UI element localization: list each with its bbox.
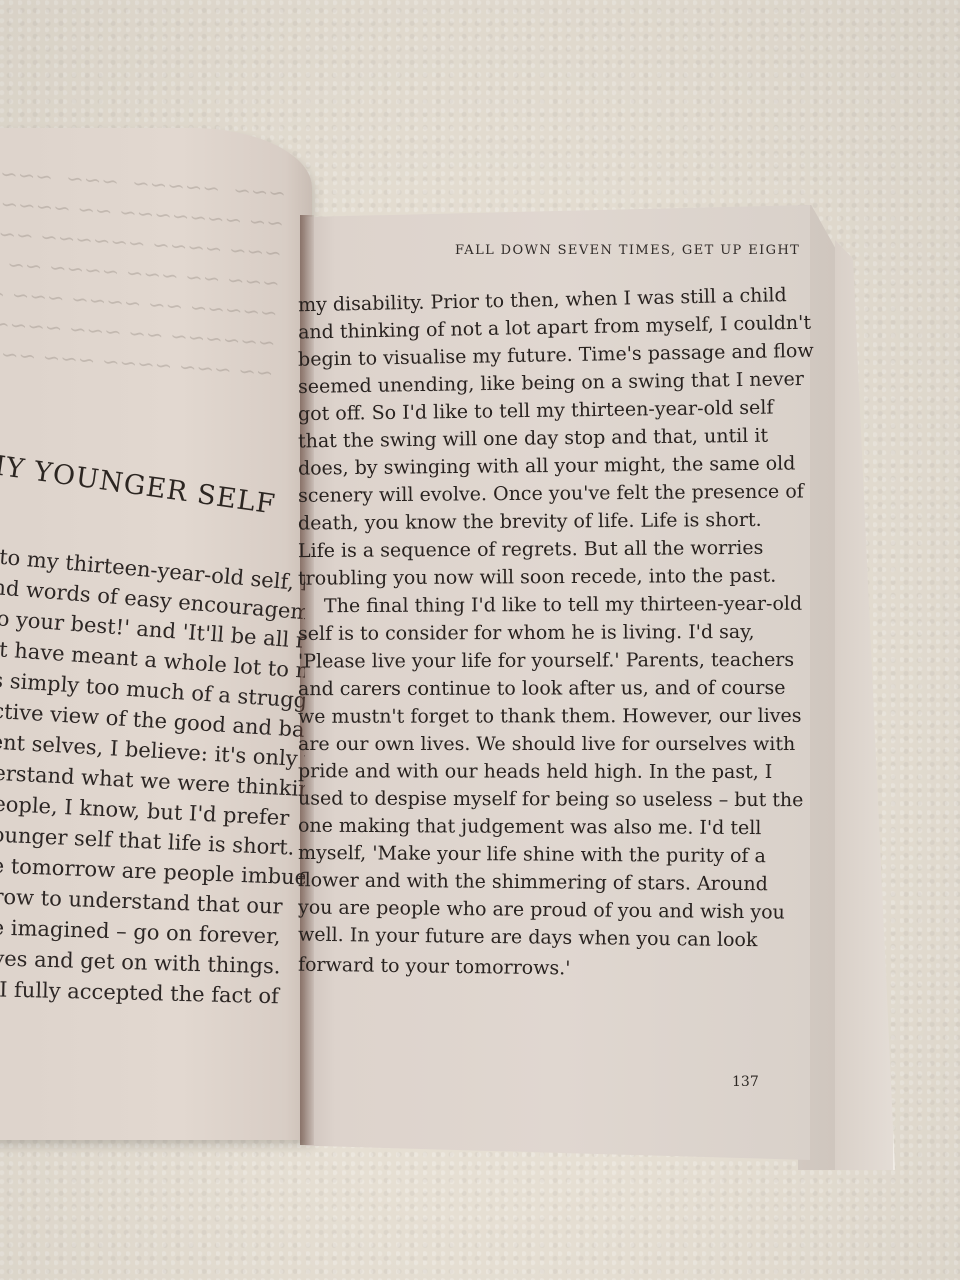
text-line: The final thing I'd like to tell my thir… [298,590,742,620]
text-line: used to despise myself for being so usel… [298,784,742,814]
text-line: myself, 'Make your life shine with the p… [298,839,742,870]
page-number: 137 [732,1074,759,1090]
text-line: well. In your future are days when you c… [298,921,742,954]
text-line: e I fully accepted the fact of [0,974,290,1013]
running-head: FALL DOWN SEVEN TIMES, GET UP EIGHT [455,243,800,258]
text-line: troubling you now will soon recede, into… [298,562,728,593]
text-line: one making that judgement was also me. I… [298,812,742,842]
chapter-heading: MY YOUNGER SELF [0,448,278,521]
text-line: Life is a sequence of regrets. But all t… [298,534,742,565]
text-line: pride and with our heads held high. In t… [298,757,742,786]
left-page-body: k to my thirteen-year-old self, I and wo… [0,540,290,1005]
bleed-through-text: ~~~ ~~~~~ ~~~ ~~~~~ ~~ ~~~~~~~ ~~ ~~~~~~… [0,158,287,388]
text-line: self is to consider for whom he is livin… [298,618,742,648]
text-line: are our own lives. We should live for ou… [298,730,742,758]
text-line: scenery will evolve. Once you've felt th… [298,478,742,510]
text-line: and carers continue to look after us, an… [298,674,742,703]
text-line: forward to your tomorrows.' [298,951,538,982]
left-page: ~~~ ~~~~~ ~~~ ~~~~~ ~~ ~~~~~~~ ~~ ~~~~~~… [0,128,312,1140]
page-stack-edge-outer [835,240,895,1170]
text-line: 'Please live your life for yourself.' Pa… [298,646,742,676]
text-line: we mustn't forget to thank them. However… [298,702,742,731]
right-page-body: my disability. Prior to then, when I was… [298,282,748,982]
text-line: death, you know the brevity of life. Lif… [298,506,742,537]
